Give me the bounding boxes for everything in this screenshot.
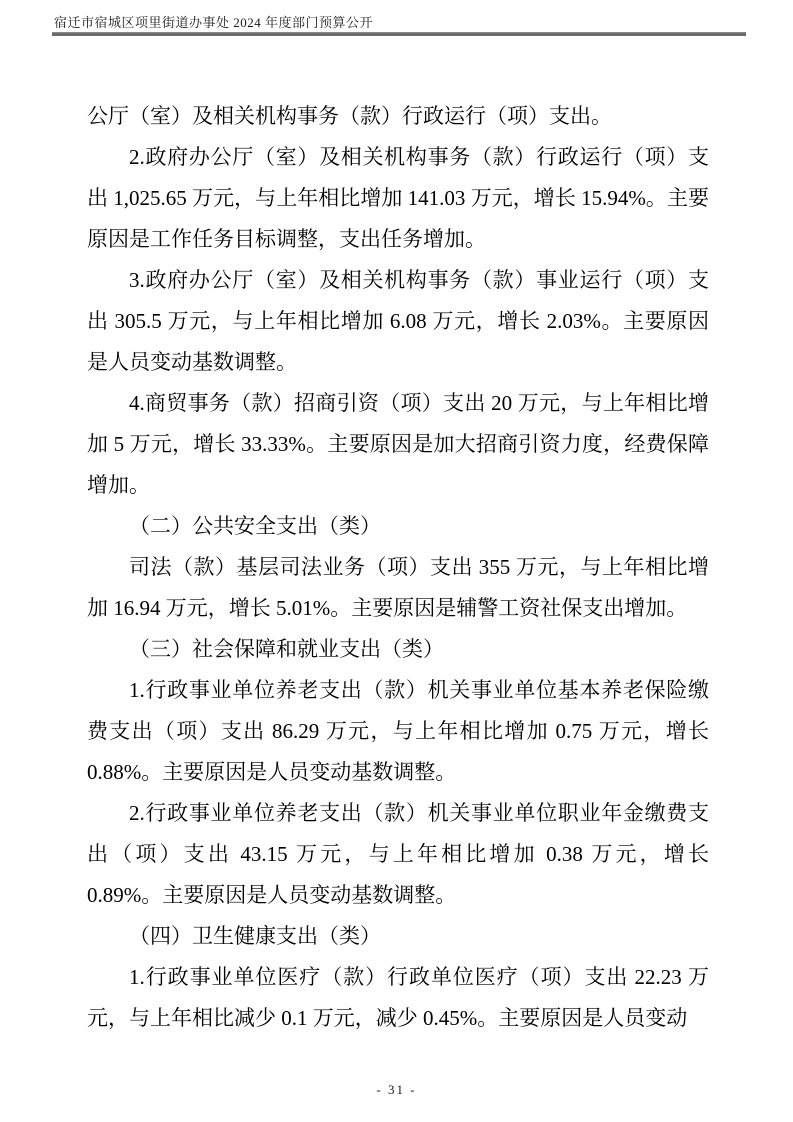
section-heading-social-security: （三）社会保障和就业支出（类） [87, 629, 709, 670]
document-page: 宿迁市宿城区项里街道办事处 2024 年度部门预算公开 公厅（室）及相关机构事务… [0, 0, 793, 1122]
section-heading-health: （四）卫生健康支出（类） [87, 916, 709, 957]
paragraph-item-3: 3.政府办公厅（室）及相关机构事务（款）事业运行（项）支出 305.5 万元，与… [87, 260, 709, 383]
paragraph-pension-basic: 1.行政事业单位养老支出（款）机关事业单位基本养老保险缴费支出（项）支出 86.… [87, 670, 709, 793]
page-number: - 31 - [0, 1082, 793, 1098]
header-rule [52, 32, 746, 36]
paragraph-item-2: 2.政府办公厅（室）及相关机构事务（款）行政运行（项）支出 1,025.65 万… [87, 137, 709, 260]
paragraph-medical: 1.行政事业单位医疗（款）行政单位医疗（项）支出 22.23 万元，与上年相比减… [87, 957, 709, 1039]
paragraph-item-4: 4.商贸事务（款）招商引资（项）支出 20 万元，与上年相比增加 5 万元，增长… [87, 383, 709, 506]
paragraph-justice: 司法（款）基层司法业务（项）支出 355 万元，与上年相比增加 16.94 万元… [87, 547, 709, 629]
document-body: 公厅（室）及相关机构事务（款）行政运行（项）支出。 2.政府办公厅（室）及相关机… [87, 96, 709, 1039]
paragraph-continuation: 公厅（室）及相关机构事务（款）行政运行（项）支出。 [87, 96, 709, 137]
paragraph-pension-annuity: 2.行政事业单位养老支出（款）机关事业单位职业年金缴费支出（项）支出 43.15… [87, 793, 709, 916]
page-header-title: 宿迁市宿城区项里街道办事处 2024 年度部门预算公开 [54, 12, 373, 31]
section-heading-public-safety: （二）公共安全支出（类） [87, 506, 709, 547]
